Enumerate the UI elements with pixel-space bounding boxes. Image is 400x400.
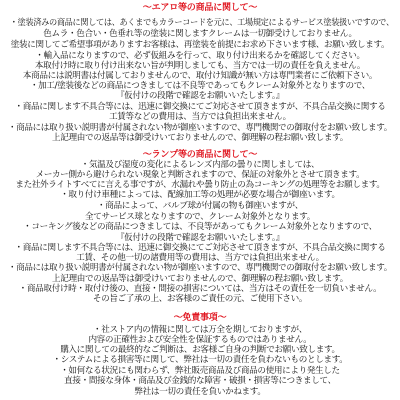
lamp-line-7: ・コーキング後などの商品につきましては、不良等があってもクレーム対象外となります… xyxy=(0,222,400,232)
disclaimer-line-2: 内容の正確性および安全性を保証するものではありません。 xyxy=(0,335,400,345)
lamp-line-14: その旨ご了承の上、お客様のご責任の元、ご使用下さい。 xyxy=(0,294,400,304)
section-heading-aero: ～エアロ等の商品に関して～ xyxy=(0,3,400,13)
aero-line-10: 工賃等などの費用は、当方では負担出来ません。 xyxy=(0,112,400,122)
lamp-line-5: ・商品によって、バルブ球が付属の物も御座いますが、 xyxy=(0,201,400,211)
lamp-line-8: 『仮付けの段階で確認をお願いいたします。』 xyxy=(0,233,400,243)
disclaimer-line-1: ・社ストア内の情報に関しては万全を期しておりますが、 xyxy=(0,325,400,335)
lamp-line-2: メーカー側から避けられない現象と判断されますので、保証の対象外とさせて頂きます。 xyxy=(0,170,400,180)
lamp-line-1: ・気温及び湿度の変化によるレンズ内部の曇りに関しましては、 xyxy=(0,160,400,170)
lamp-line-3: また社外ライトすべてに言える事ですが、水漏れや曇り防止の為コーキングの処理等をお… xyxy=(0,180,400,190)
aero-line-8: 『仮付けの段階で確認をお願いいたします。』 xyxy=(0,91,400,101)
lamp-line-4: ・取り付け車種によっては、配線加工等の処理が必要な場合が御座います。 xyxy=(0,190,400,200)
aero-line-3: 塗装に関してご希望事項がありますお客様は、再塗装を前提にお求め下さいます様、お願… xyxy=(0,40,400,50)
lamp-line-6: 全てサービス球となりますので、クレーム対象外となります。 xyxy=(0,212,400,222)
aero-line-7: ・加工/塗装後などの商品につきましては不良等であってもクレーム対象外となりますの… xyxy=(0,81,400,91)
lamp-line-11: ・商品には取り扱い説明書が付属されない物が御座いますので、専門機関での御取付をお… xyxy=(1,263,398,273)
aero-line-11: ・商品には取り扱い説明書が付属されない物が御座いますので、専門機関での御取付をお… xyxy=(1,123,398,133)
aero-line-4: ・輸入品になりますので、必ず仮組みを行って、取り付け出来るかを確認してください。 xyxy=(0,51,400,61)
aero-line-6: 本商品には説明書は付属しておりませんので、取付け知識が無い方は専門業者にご依頼下… xyxy=(0,71,400,81)
disclaimer-line-5: ・如何なる状況にも関わらず、弊社販売商品及び商品の使用により発生した xyxy=(0,366,400,376)
aero-line-9: ・商品に関します不具合等には、迅速に御交換にてご対応させて頂きますが、不具合品交… xyxy=(0,102,400,112)
notice-document: ～エアロ等の商品に関して～ ・塗装済みの商品に関しては、あくまでもカラーコードを… xyxy=(0,0,400,400)
lamp-line-9: ・商品に関します不具合等には、迅速に御交換にてご対応させて頂きますが、不具合品交… xyxy=(0,243,400,253)
lamp-line-10: 工賃、その他一切の諸費用等の費用は、当方では負担出来ません。 xyxy=(0,253,400,263)
disclaimer-line-3: 購入に関しての最終的なご判断は、お客様ご自身の判断でお願い致します。 xyxy=(0,345,400,355)
aero-line-1: ・塗装済みの商品に関しては、あくまでもカラーコードを元に、工場規定によるサービス… xyxy=(10,18,390,28)
disclaimer-line-6: 直接・間接な身体・商品及び金銭的な障害・破損・損害等につきまして、 xyxy=(0,376,400,386)
aero-line-5: 本取付け時に取り付け出来ない旨が判明しましても、当方では一切の責任を負えません。 xyxy=(0,61,400,71)
disclaimer-line-7: 弊社は一切の責任を負いかねます。 xyxy=(0,387,400,397)
section-heading-disclaimer: ～免責事項～ xyxy=(0,313,400,323)
disclaimer-line-4: ・システムによる損害等に関して、弊社は一切の責任を負わないものとします。 xyxy=(0,355,400,365)
lamp-line-12: 上記理由での返品等は御受けいておりませんので、御理解の程お願い致します。 xyxy=(0,274,400,284)
section-heading-lamp: ～ランプ等の商品に関して～ xyxy=(0,150,400,160)
lamp-line-13: ・商品取付け時・取付け後の、直接・間接の損害については、当方はその責任を一切負い… xyxy=(0,284,400,294)
aero-line-2: 色ムラ・色合い・色垂れ等の塗装に関しますクレームは一切御受けしておりません。 xyxy=(0,29,400,39)
aero-line-12: 上記理由での返品等は御受けいておりませんので、御理解の程お願い致します。 xyxy=(0,133,400,143)
